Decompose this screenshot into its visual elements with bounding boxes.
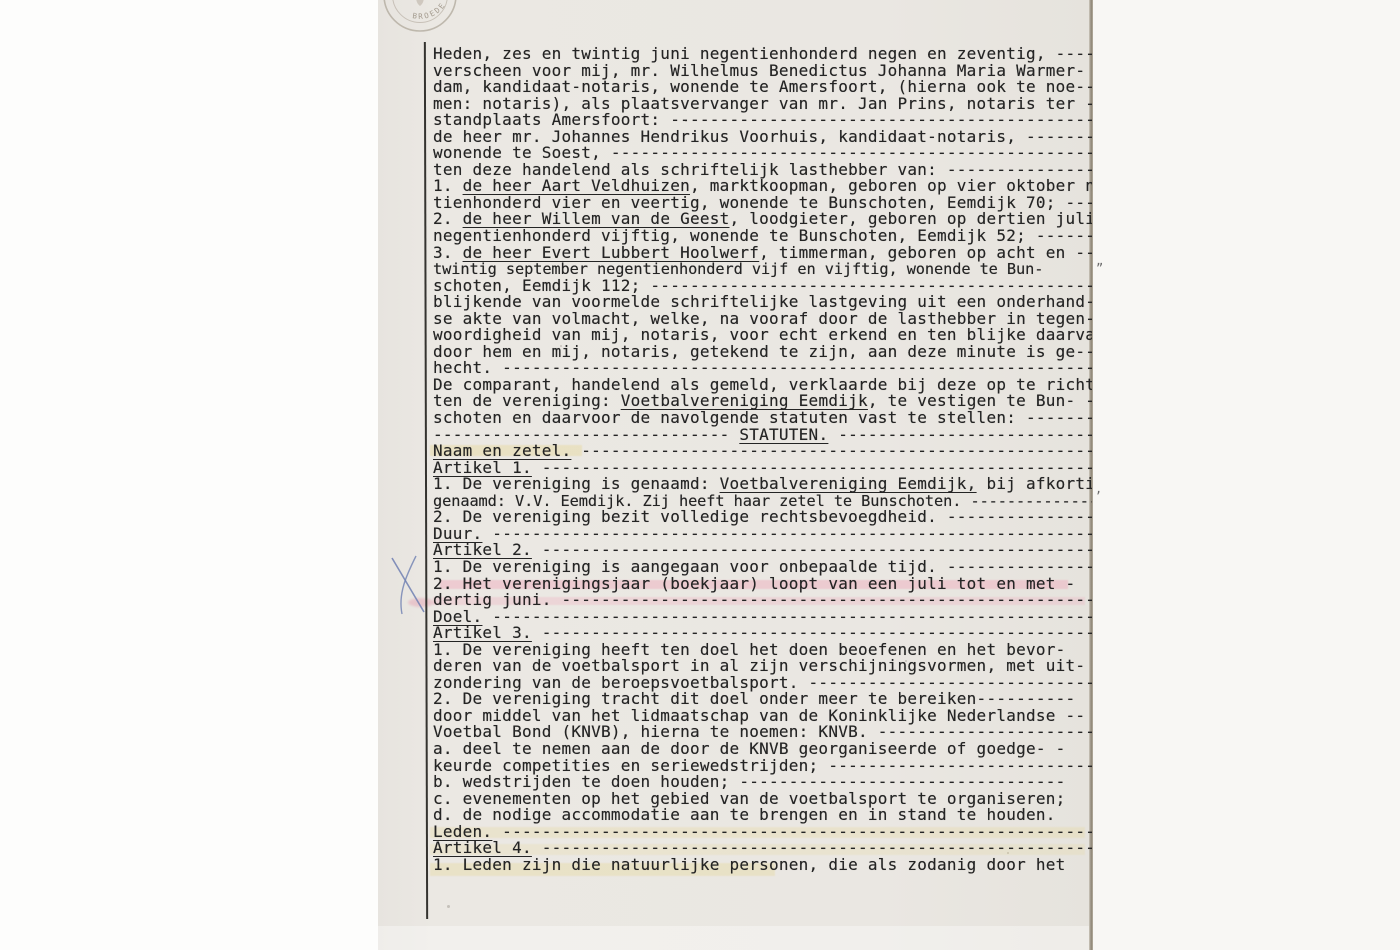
svg-text:BROEDER: BROEDER	[381, 0, 448, 21]
scan-background-right	[1093, 0, 1400, 950]
scanner-bottom-shadow	[378, 926, 1089, 950]
edge-artifact-comma: ,	[1095, 483, 1102, 495]
stamp-arc-text: BROEDER	[381, 0, 448, 21]
edge-artifact-quote: „	[1096, 255, 1103, 267]
text-line: 1. Leden zijn die natuurlijke personen, …	[433, 857, 1092, 874]
deed-text: Heden, zes en twintig juni negentienhond…	[433, 46, 1092, 886]
scan-background-left	[0, 0, 378, 950]
text-line: 1. De vereniging is genaamd: Voetbalvere…	[433, 476, 1092, 493]
notary-stamp-icon: BROEDER	[381, 0, 459, 34]
blue-pen-cross-mark	[386, 554, 432, 618]
text-line: 3. de heer Evert Lubbert Hoolwerf, timme…	[433, 245, 1092, 262]
paper-speck	[447, 905, 450, 908]
